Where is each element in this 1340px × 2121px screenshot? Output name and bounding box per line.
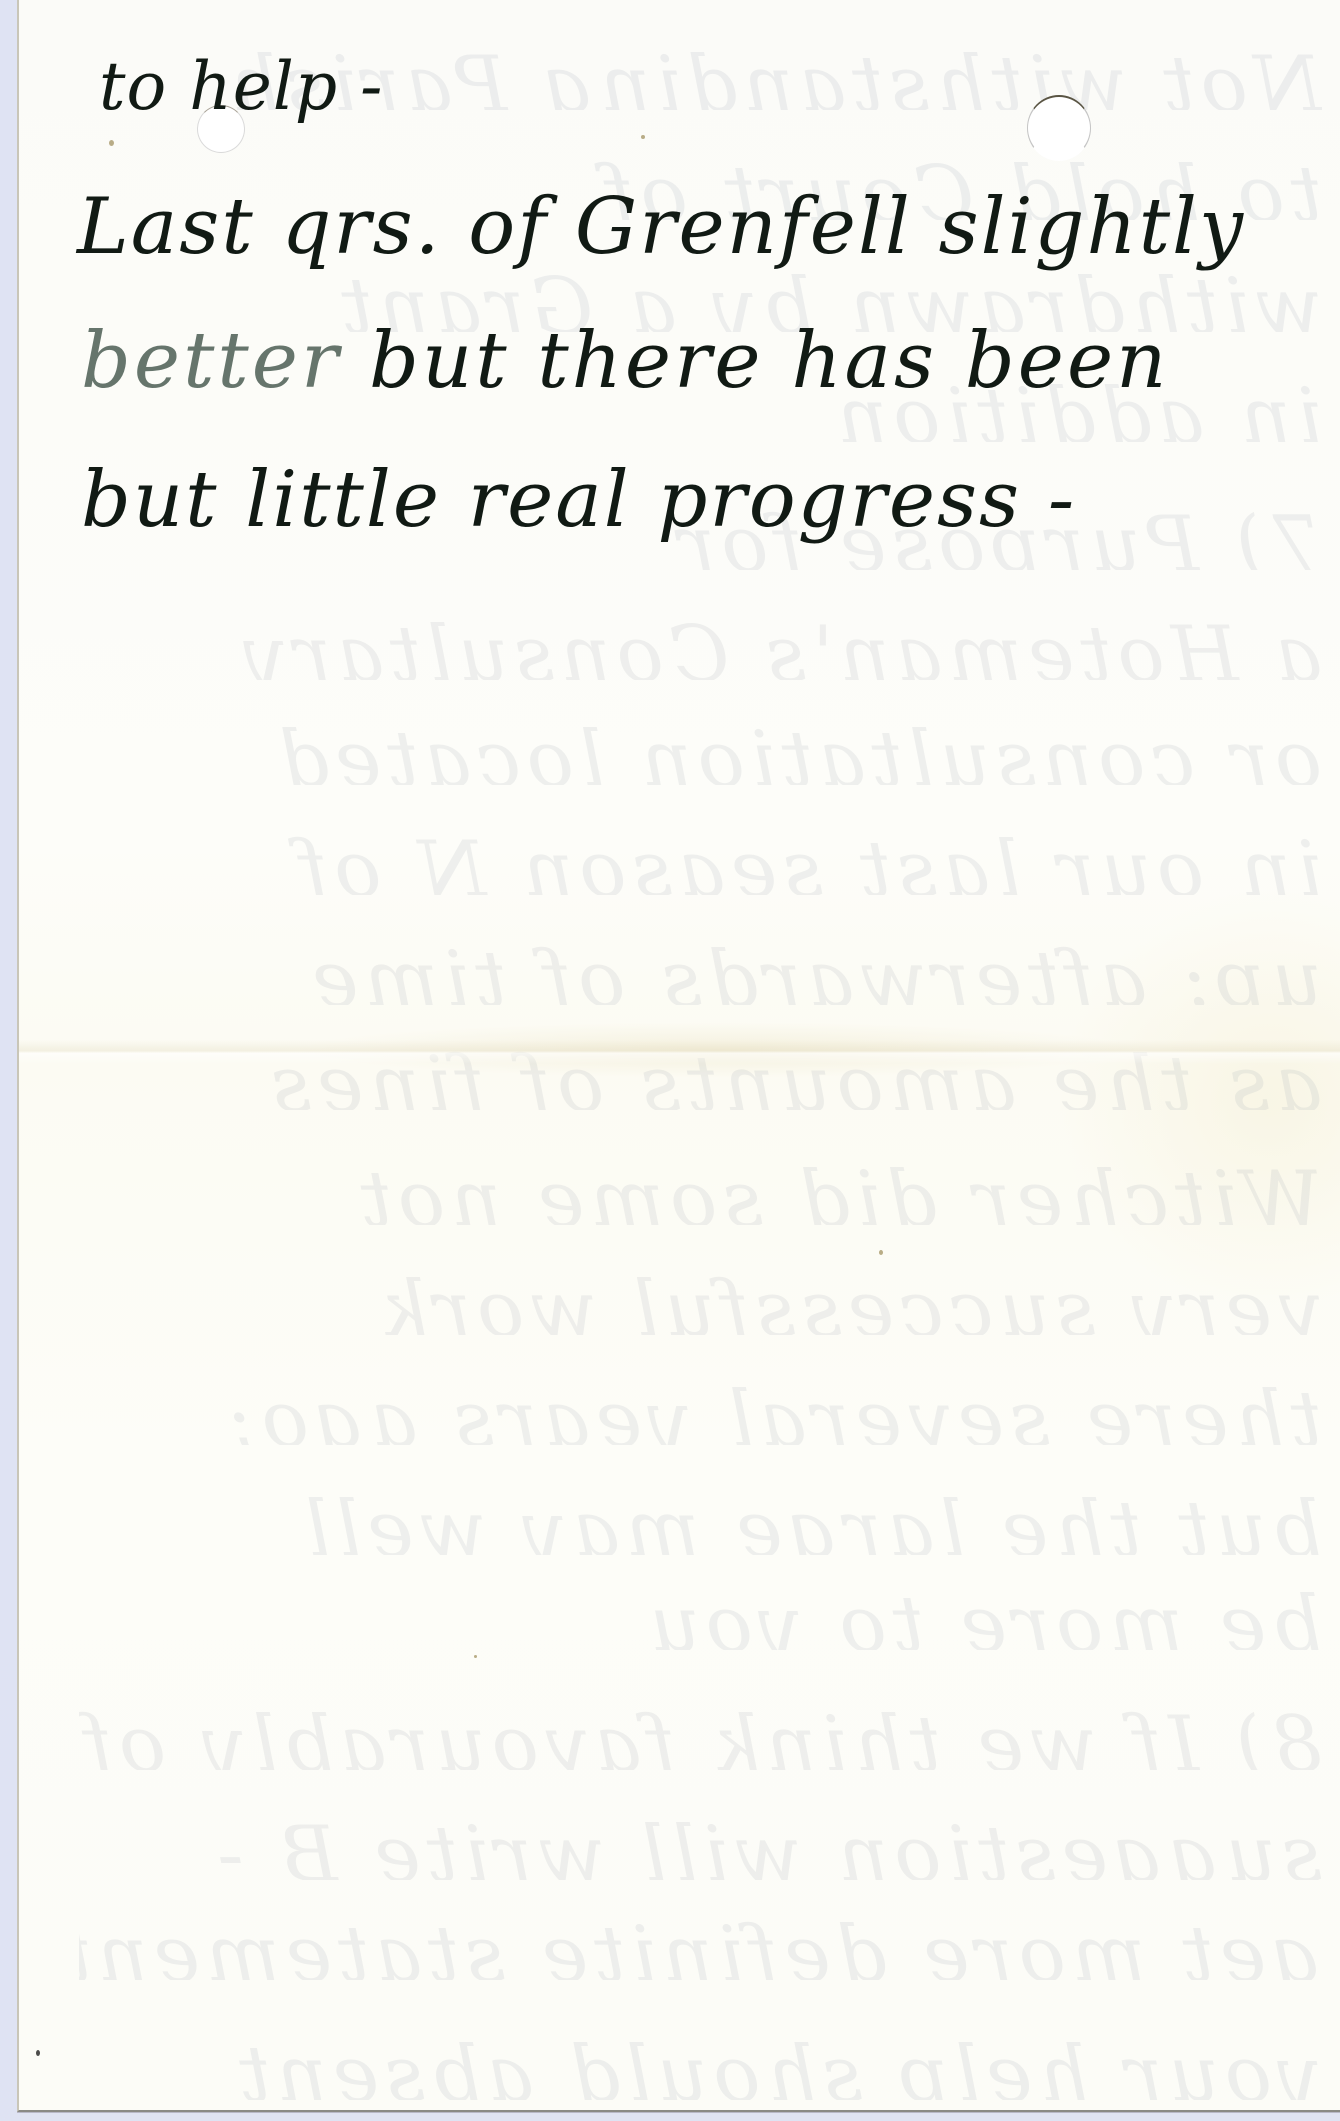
bleed-line: get more definite statement <box>79 1910 1322 1980</box>
bleed-line: there several years ago; <box>79 1375 1322 1445</box>
speck <box>641 135 645 139</box>
bleed-line: your help should absent <box>79 2030 1322 2100</box>
bleed-line: or consultation located <box>79 715 1322 785</box>
bleed-line: but the large may well <box>79 1485 1322 1555</box>
punch-hole <box>1027 95 1091 161</box>
bleed-line: very successful work <box>79 1265 1322 1335</box>
speck <box>474 1655 477 1658</box>
handwriting-line-3: better but there has been <box>81 316 1169 406</box>
bleed-line: be more to you <box>79 1580 1322 1650</box>
fold-crease <box>19 1040 1340 1064</box>
speck <box>879 1250 883 1255</box>
bleed-line: up: afterwards of time <box>79 935 1322 1005</box>
paper-sheet: Not withstanding Parish to hold Court of… <box>17 0 1340 2112</box>
bleed-line: a Hoteman's Consultary <box>79 610 1322 680</box>
bleed-line: 8) If we think favourably of <box>79 1700 1322 1770</box>
faded-word: better <box>81 316 341 406</box>
handwriting-line-4: but little real progress - <box>81 455 1076 545</box>
handwriting-line-1: to help - <box>99 48 383 125</box>
scanned-page: Not withstanding Parish to hold Court of… <box>0 0 1340 2121</box>
handwriting-line-2: Last qrs. of Grenfell slightly <box>77 182 1245 272</box>
bleed-line: Witcher did some not <box>79 1155 1322 1225</box>
speck <box>109 140 114 146</box>
speck <box>36 2050 40 2056</box>
line-remainder: but there has been <box>341 316 1169 406</box>
bleed-line: suggestion will write B - <box>79 1810 1322 1880</box>
bleed-line: in our last season N of <box>79 825 1322 895</box>
